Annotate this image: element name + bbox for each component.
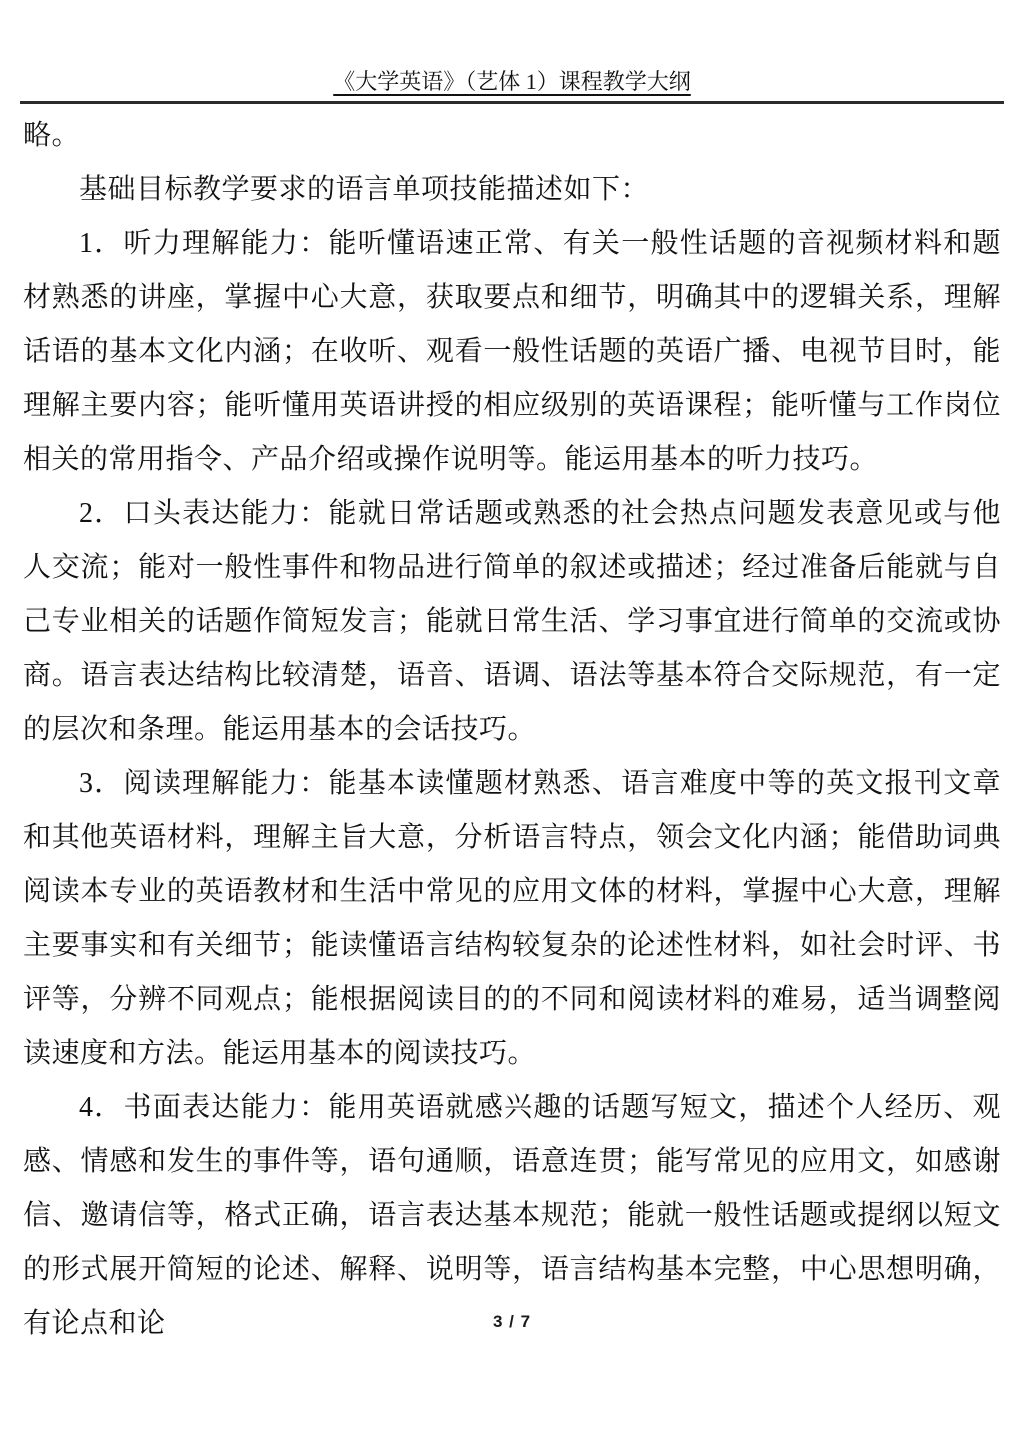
- document-title: 《大学英语》（艺体 1）课程教学大纲: [0, 68, 1024, 96]
- paragraph-speaking: 2．口头表达能力：能就日常话题或熟悉的社会热点问题发表意见或与他人交流；能对一般…: [23, 487, 1001, 757]
- paragraph-reading: 3．阅读理解能力：能基本读懂题材熟悉、语言难度中等的英文报刊文章和其他英语材料，…: [23, 757, 1001, 1081]
- paragraph-writing: 4．书面表达能力：能用英语就感兴趣的话题写短文，描述个人经历、观感、情感和发生的…: [23, 1081, 1001, 1351]
- document-body: 略。 基础目标教学要求的语言单项技能描述如下： 1．听力理解能力：能听懂语速正常…: [0, 104, 1024, 1351]
- page-number: 3 / 7: [493, 1312, 531, 1331]
- page-header: 《大学英语》（艺体 1）课程教学大纲: [0, 0, 1024, 104]
- paragraph-intro: 基础目标教学要求的语言单项技能描述如下：: [23, 163, 1001, 217]
- page-footer: 3 / 7: [0, 1312, 1024, 1332]
- paragraph-continuation: 略。: [23, 109, 1001, 163]
- document-page: 《大学英语》（艺体 1）课程教学大纲 略。 基础目标教学要求的语言单项技能描述如…: [0, 0, 1024, 1447]
- paragraph-listening: 1．听力理解能力：能听懂语速正常、有关一般性话题的音视频材料和题材熟悉的讲座，掌…: [23, 217, 1001, 487]
